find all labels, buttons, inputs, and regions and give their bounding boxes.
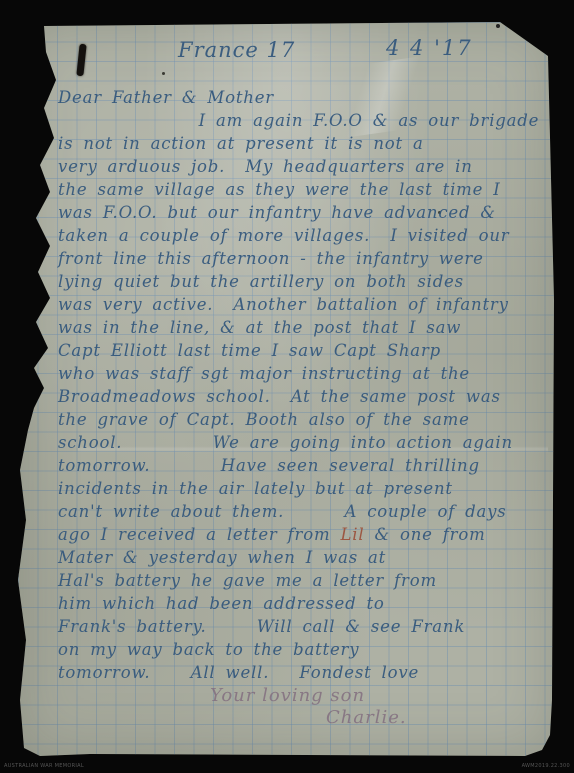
letter-line: front line this afternoon - the infantry…	[58, 247, 544, 270]
letter-line: him which had been addressed to	[58, 592, 544, 615]
letter-body: Dear Father & Mother I am again F.O.O & …	[58, 86, 544, 728]
name-lil: Lil	[340, 525, 364, 544]
letter-line: is not in action at present it is not a	[58, 132, 544, 155]
letter-line: Mater & yesterday when I was at	[58, 546, 544, 569]
watermark-text: AUSTRALIAN WAR MEMORIAL	[4, 763, 84, 769]
letter-header: France 17 4 4 '17	[18, 22, 556, 68]
letter-line: taken a couple of more villages. I visit…	[58, 224, 544, 247]
letter-line: Broadmeadows school. At the same post wa…	[58, 385, 544, 408]
signature-name: Charlie.	[326, 707, 544, 729]
letter-line: very arduous job. My headquarters are in	[58, 155, 544, 178]
letter-place: France 17	[178, 38, 295, 62]
scanned-letter-page: France 17 4 4 '17 Dear Father & Mother I…	[0, 0, 574, 773]
letter-line: school. We are going into action again	[58, 431, 544, 454]
catalog-number: AWM2019.22.300	[522, 763, 570, 769]
letter-line: Dear Father & Mother	[58, 86, 544, 109]
letter-line-text: & one from	[364, 525, 485, 544]
letter-line: can't write about them. A couple of days	[58, 500, 544, 523]
letter-line: Hal's battery he gave me a letter from	[58, 569, 544, 592]
letter-line: the same village as they were the last t…	[58, 178, 544, 201]
letter-line: on my way back to the battery	[58, 638, 544, 661]
signature-line-closing: Your loving son	[210, 685, 544, 707]
letter-line: tomorrow. All well. Fondest love	[58, 661, 544, 684]
letter-line: was F.O.O. but our infantry have advance…	[58, 201, 544, 224]
letter-line: lying quiet but the artillery on both si…	[58, 270, 544, 293]
letter-line: the grave of Capt. Booth also of the sam…	[58, 408, 544, 431]
letter-line: Capt Elliott last time I saw Capt Sharp	[58, 339, 544, 362]
letter-line-with-name: ago I received a letter from Lil & one f…	[58, 523, 544, 546]
letter-date: 4 4 '17	[386, 36, 473, 60]
letter-text-layer: France 17 4 4 '17 Dear Father & Mother I…	[18, 22, 556, 756]
letter-line: incidents in the air lately but at prese…	[58, 477, 544, 500]
letter-line: Frank's battery. Will call & see Frank	[58, 615, 544, 638]
letter-line: was in the line, & at the post that I sa…	[58, 316, 544, 339]
letter-line: I am again F.O.O & as our brigade	[58, 109, 544, 132]
letter-line-text: ago I received a letter from	[58, 525, 340, 544]
letter-line: was very active. Another battalion of in…	[58, 293, 544, 316]
letter-line: who was staff sgt major instructing at t…	[58, 362, 544, 385]
letter-line: tomorrow. Have seen several thrilling	[58, 454, 544, 477]
